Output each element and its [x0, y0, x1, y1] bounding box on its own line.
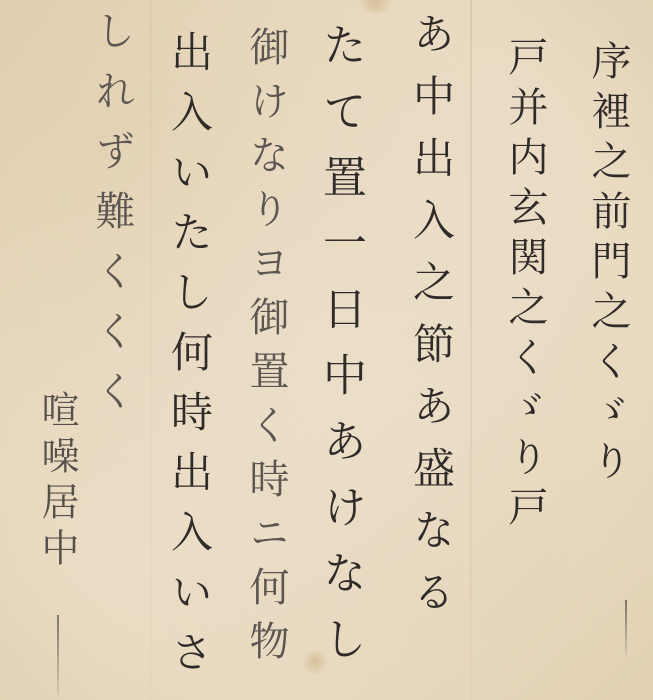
text-column-5: 御けなりヨ御置く時ニ何物: [246, 26, 286, 674]
aged-paper-sheet: 序裡之前門之くゞり 戸并内玄関之くゞり戸 あ中出入之節あ盛なる たて置一日中あけ…: [0, 0, 653, 700]
paper-fold-line: [150, 0, 152, 700]
text-column-7: しれず難くくく: [92, 10, 132, 430]
text-column-2: 戸并内玄関之くゞり戸: [505, 36, 545, 536]
text-column-3: あ中出入之節あ盛なる: [410, 12, 452, 632]
brush-tail-column-1: [625, 600, 627, 655]
signature: 喧噪居中: [30, 390, 85, 574]
text-column-1: 序裡之前門之くゞり: [588, 40, 628, 490]
paper-fold-line: [470, 0, 472, 700]
signature-brush-tail: [57, 615, 59, 695]
text-column-4: たて置一日中あけなし: [318, 22, 362, 682]
text-column-6: 出入いたし何時出入いさ: [168, 30, 210, 690]
paper-stain: [355, 0, 395, 14]
